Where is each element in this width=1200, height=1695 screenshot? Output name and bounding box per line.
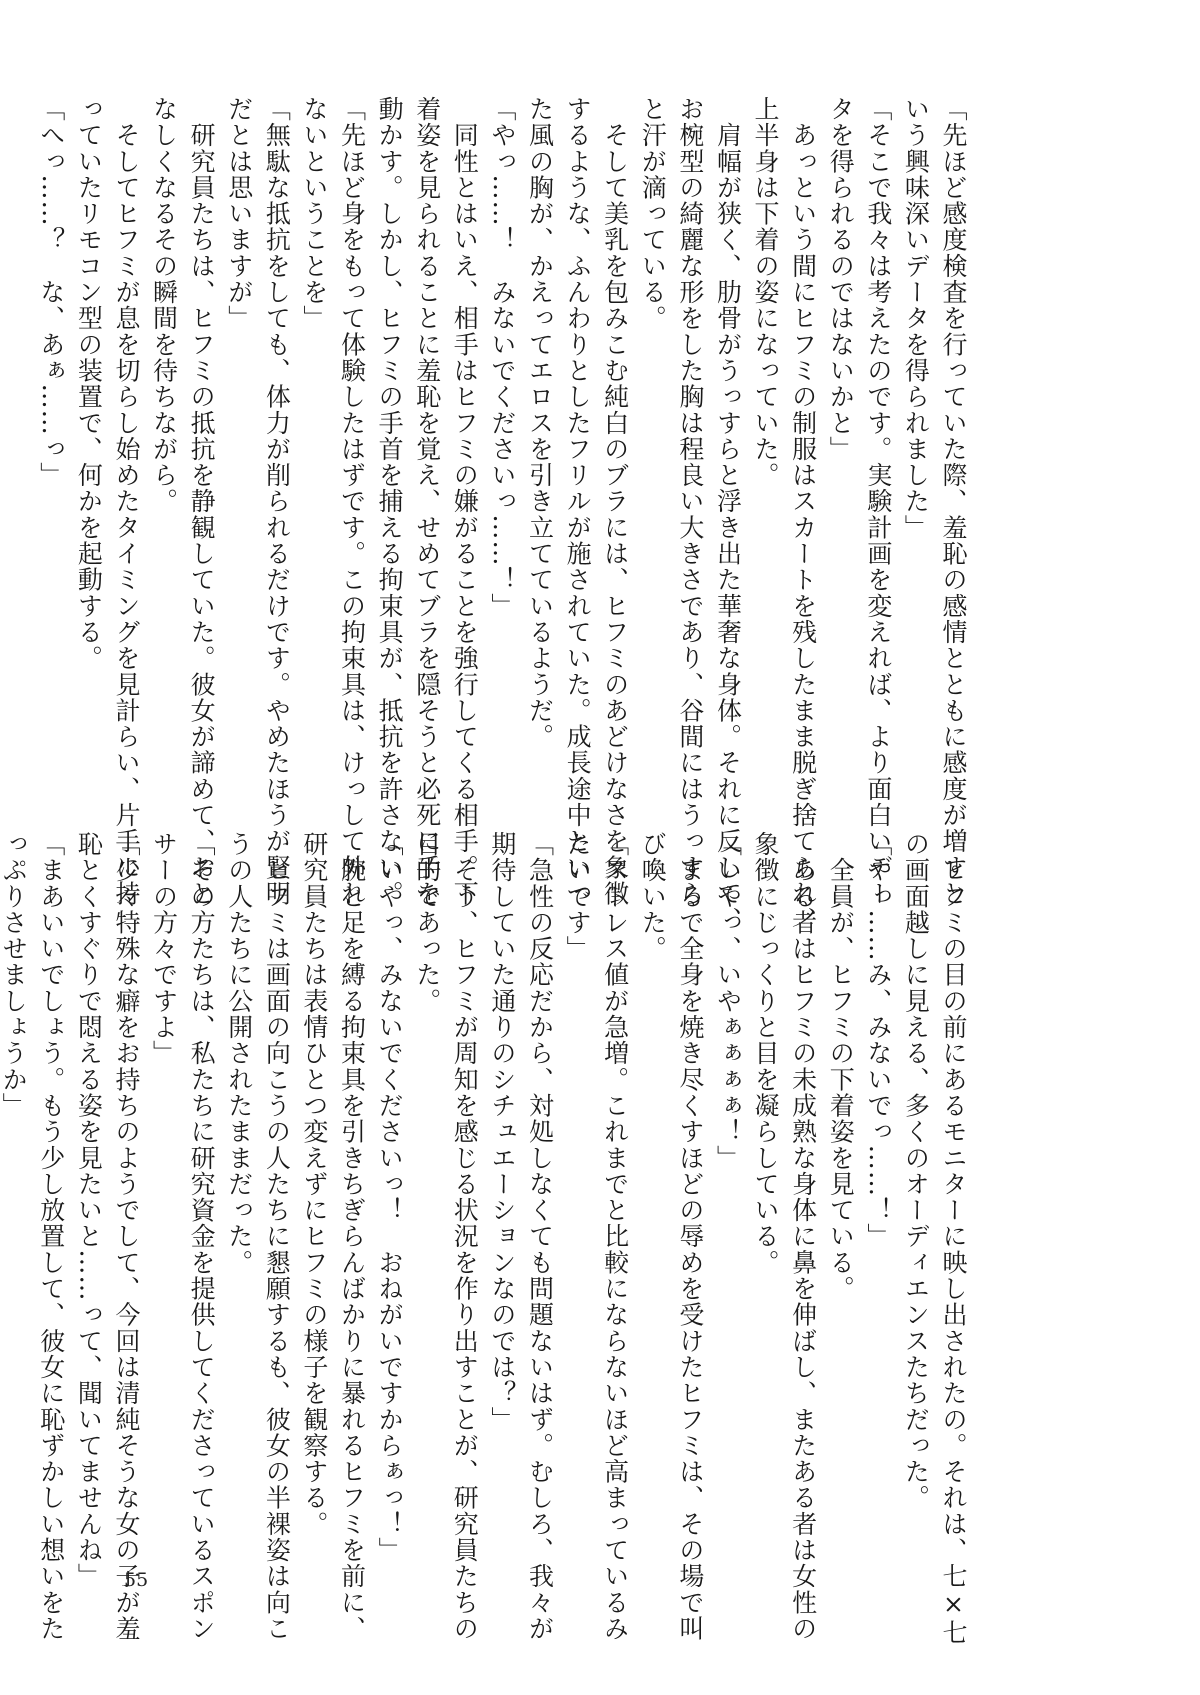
text-line: 「へっ……？ な、あぁ……っ」 — [32, 96, 70, 796]
text-line: たいです」 — [558, 831, 596, 1531]
text-line: そしてヒフミが息を切らし始めたタイミングを見計らい、片手に持 — [107, 96, 145, 796]
text-line: そして美乳を包みこむ純白のブラには、ヒフミのあどけなさを象徴 — [596, 96, 634, 796]
text-line: と汗が滴っている。 — [634, 96, 672, 796]
text-line: なしくなるその瞬間を待ちながら。 — [145, 96, 183, 796]
text-line: あっという間にヒフミの制服はスカートを残したまま脱ぎ捨てられ、 — [784, 96, 822, 796]
text-line: タを得られるのではないかと」 — [822, 96, 860, 796]
text-line: 「少々特殊な癖をお持ちのようでして、今回は清純そうな女の子が羞 — [107, 831, 145, 1531]
text-line: 「ストレス値が急増。これまでと比較にならないほど高まっているみ — [596, 831, 634, 1531]
text-line: 上半身は下着の姿になっていた。 — [746, 96, 784, 796]
text-line: 同性とはいえ、相手はヒフミの嫌がることを強行してくる相手。下 — [446, 96, 484, 796]
text-line: 期待していた通りのシチュエーションなのでは？」 — [483, 831, 521, 1531]
text-line: するような、ふんわりとしたフリルが施されていた。成長途中といっ — [558, 96, 596, 796]
text-line: 「その方たちは、私たちに研究資金を提供してくださっているスポン — [183, 831, 221, 1531]
text-line: 着姿を見られることに羞恥を覚え、せめてブラを隠そうと必死に手を — [408, 96, 446, 796]
text-line: 「いやっ、いやぁぁぁぁ！」 — [709, 831, 747, 1531]
text-line: 「やっ……み、みないでっ……！」 — [859, 831, 897, 1531]
text-line: ないということを」 — [295, 96, 333, 796]
text-line: 象徴にじっくりと目を凝らしている。 — [746, 831, 784, 1531]
text-line: 「急性の反応だから、対処しなくても問題ないはず。むしろ、我々が — [521, 831, 559, 1531]
text-block-top: 「先ほど感度検査を行っていた際、羞恥の感情とともに感度が増すという興味深いデータ… — [32, 96, 972, 796]
text-line: 恥とくすぐりで悶える姿を見たいと……って、聞いてませんね」 — [70, 831, 108, 1531]
text-line: 「無駄な抵抗をしても、体力が削られるだけです。やめたほうが賢明 — [258, 96, 296, 796]
text-line: 「やっ……！ みないでくださいっ……！」 — [483, 96, 521, 796]
text-line: っていたリモコン型の装置で、何かを起動する。 — [70, 96, 108, 796]
text-line: 研究員たちは表情ひとつ変えずにヒフミの様子を観察する。 — [295, 831, 333, 1531]
text-line: び喚いた。 — [634, 831, 672, 1531]
text-line: だとは思いますが」 — [220, 96, 258, 796]
text-line: うの人たちに公開されたままだった。 — [220, 831, 258, 1531]
text-block-bottom: ヒフミの目の前にあるモニターに映し出されたの。それは、七×七の画面越しに見える、… — [0, 831, 972, 1531]
text-line: 全員が、ヒフミの下着姿を見ている。 — [822, 831, 860, 1531]
text-line: 「まあいいでしょう。もう少し放置して、彼女に恥ずかしい想いをた — [32, 831, 70, 1531]
text-line: ヒフミは画面の向こうの人たちに懇願するも、彼女の半裸姿は向こ — [258, 831, 296, 1531]
text-line: た風の胸が、かえってエロスを引き立てているようだ。 — [521, 96, 559, 796]
text-line: 肩幅が狭く、肋骨がうっすらと浮き出た華奢な身体。それに反して、 — [709, 96, 747, 796]
text-line: 目的であった。 — [408, 831, 446, 1531]
text-line: そう、ヒフミが周知を感じる状況を作り出すことが、研究員たちの — [446, 831, 484, 1531]
text-line: 動かす。しかし、ヒフミの手首を捕える拘束具が、抵抗を許さない。 — [371, 96, 409, 796]
text-line: ヒフミの目の前にあるモニターに映し出されたの。それは、七×七 — [934, 831, 972, 1531]
text-line: いう興味深いデータを得られました」 — [897, 96, 935, 796]
text-line: 「先ほど感度検査を行っていた際、羞恥の感情とともに感度が増すと — [934, 96, 972, 796]
text-line: サーの方々ですよ」 — [145, 831, 183, 1531]
text-line: 腕と足を縛る拘束具を引きちぎらんばかりに暴れるヒフミを前に、 — [333, 831, 371, 1531]
text-line: お椀型の綺麗な形をした胸は程良い大きさであり、谷間にはうっすら — [671, 96, 709, 796]
text-line: 「先ほど身をもって体験したはずです。この拘束具は、けっして外れ — [333, 96, 371, 796]
text-line: の画面越しに見える、多くのオーディエンスたちだった。 — [897, 831, 935, 1531]
text-line: まるで全身を焼き尽くすほどの辱めを受けたヒフミは、その場で叫 — [671, 831, 709, 1531]
text-line: 研究員たちは、ヒフミの抵抗を静観していた。彼女が諦めて、おと — [183, 96, 221, 796]
text-line: 「いやっ、みないでくださいっ！ おねがいですからぁっ！」 — [371, 831, 409, 1531]
text-line: 「そこで我々は考えたのです。実験計画を変えれば、より面白いデー — [859, 96, 897, 796]
text-line: ある者はヒフミの未成熟な身体に鼻を伸ばし、またある者は女性の — [784, 831, 822, 1531]
text-line: っぷりさせましょうか」 — [0, 831, 32, 1531]
page-number: 55 — [124, 1569, 148, 1591]
